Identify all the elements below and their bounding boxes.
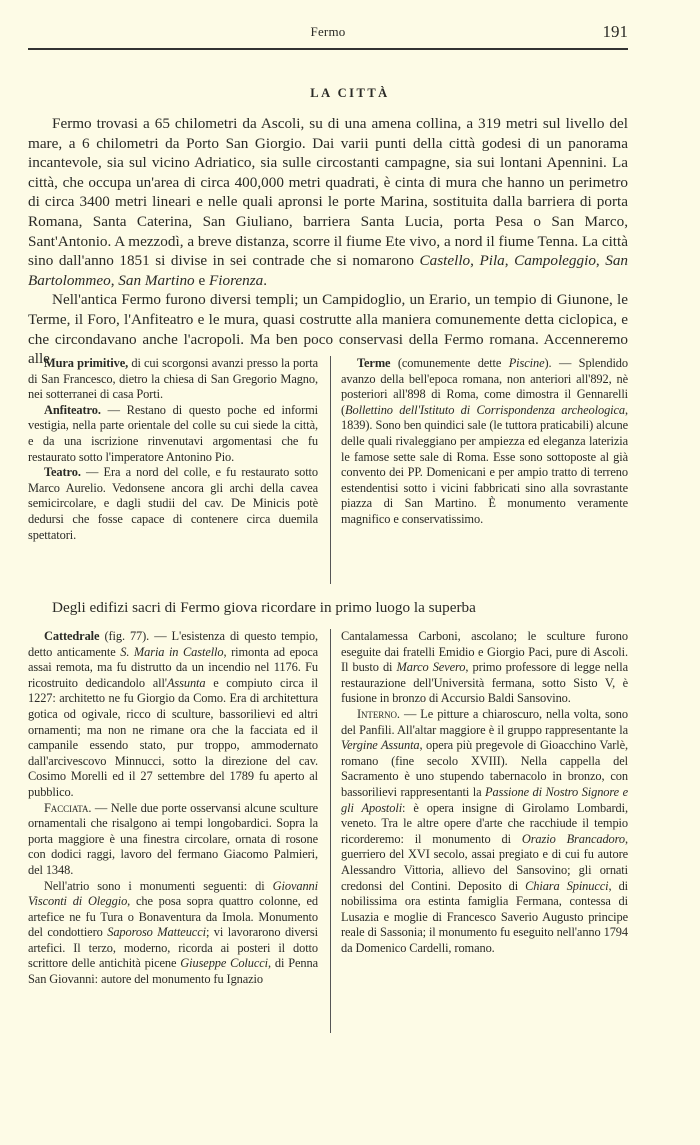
- column-divider: [330, 356, 331, 584]
- entry-heading: Anfiteatro.: [44, 403, 101, 417]
- contrada-name: Castello: [420, 252, 471, 269]
- intro-text: Fermo trovasi a 65 chilometri da Ascoli,…: [28, 114, 628, 369]
- entry-heading: Facciata.: [44, 801, 91, 815]
- entry-heading: Terme: [357, 356, 390, 370]
- entry-continuation: Cantalamessa Carboni, ascolano; le scult…: [341, 629, 628, 707]
- entry-terme: Terme (comunemente dette Piscine). — Spl…: [341, 356, 628, 528]
- cathedral-left-column: Cattedrale (fig. 77). — L'esistenza di q…: [28, 629, 318, 988]
- antiquities-left-column: Mura primitive, di cui scorgonsi avanzi …: [28, 356, 318, 543]
- entry-interno: Interno. — Le pitture a chiaroscuro, nel…: [341, 707, 628, 957]
- cathedral-right-column: Cantalamessa Carboni, ascolano; le scult…: [341, 629, 628, 956]
- entry-atrio: Nell'atrio sono i monumenti seguenti: di…: [28, 879, 318, 988]
- book-page: Fermo 191 LA CITTÀ Fermo trovasi a 65 ch…: [0, 0, 700, 1145]
- header-rule: [28, 48, 628, 50]
- section-title: LA CITTÀ: [0, 86, 700, 101]
- running-head: Fermo 191: [28, 22, 628, 46]
- page-number: 191: [603, 22, 629, 42]
- entry-heading: Interno.: [357, 707, 400, 721]
- entry-mura: Mura primitive, di cui scorgonsi avanzi …: [28, 356, 318, 403]
- contrada-name: San Martino: [118, 272, 194, 289]
- entry-heading: Teatro.: [44, 465, 81, 479]
- sacred-lead-in: Degli edifizi sacri di Fermo giova ricor…: [28, 598, 628, 618]
- contrada-name: Campoleggio: [514, 252, 596, 269]
- running-title: Fermo: [28, 24, 628, 40]
- contrada-name: Fiorenza: [209, 272, 263, 289]
- entry-cattedrale: Cattedrale (fig. 77). — L'esistenza di q…: [28, 629, 318, 801]
- citation-title: Bollettino dell'Istituto di Corrisponden…: [345, 403, 625, 417]
- entry-heading: Cattedrale: [44, 629, 99, 643]
- contrada-name: Pila: [479, 252, 504, 269]
- entry-heading: Mura primitive,: [44, 356, 128, 370]
- antiquities-right-column: Terme (comunemente dette Piscine). — Spl…: [341, 356, 628, 528]
- column-divider: [330, 629, 331, 1033]
- entry-facciata: Facciata. — Nelle due porte osservansi a…: [28, 801, 318, 879]
- entry-teatro: Teatro. — Era a nord del colle, e fu res…: [28, 465, 318, 543]
- intro-paragraph-1: Fermo trovasi a 65 chilometri da Ascoli,…: [28, 114, 628, 290]
- entry-anfiteatro: Anfiteatro. — Restano di questo poche ed…: [28, 403, 318, 465]
